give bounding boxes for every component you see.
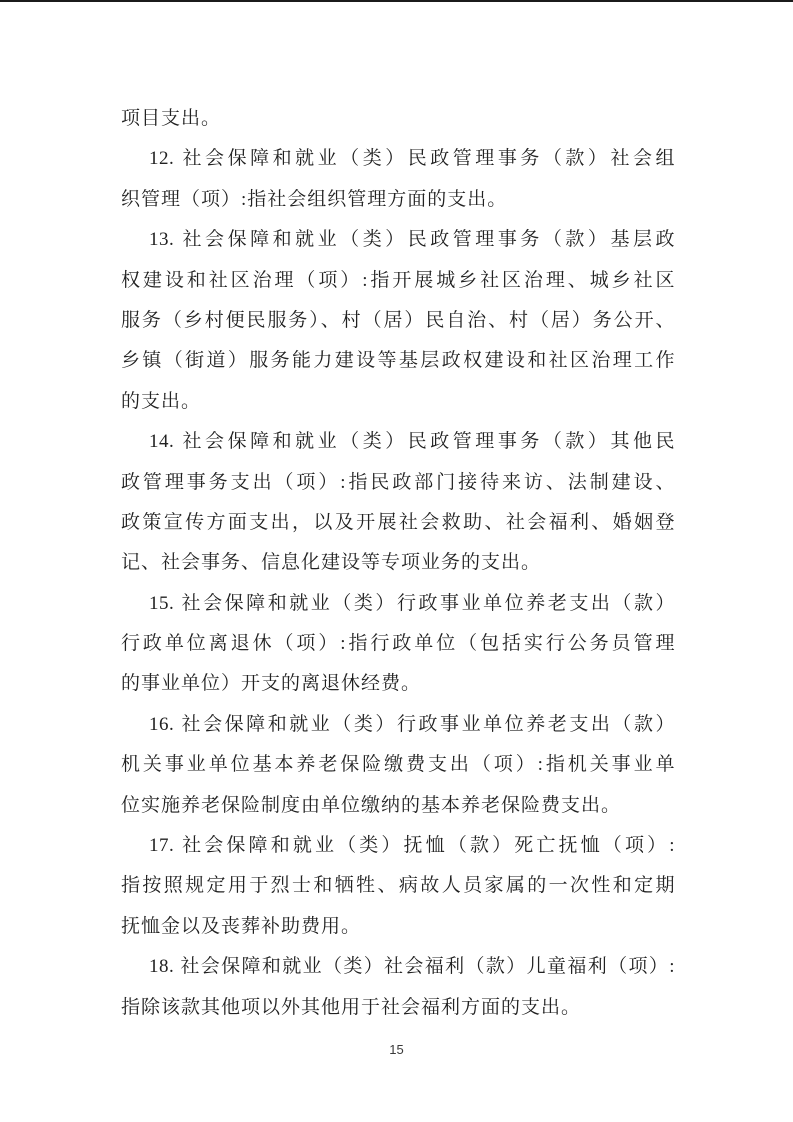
text-line: 的支出。 xyxy=(121,382,675,422)
text-line: 织管理（项）:指社会组织管理方面的支出。 xyxy=(121,180,675,220)
document-page: 项目支出。12. 社会保障和就业（类）民政管理事务（款）社会组织管理（项）:指社… xyxy=(0,0,793,1122)
text-line: 17. 社会保障和就业（类）抚恤（款）死亡抚恤（项）: xyxy=(121,826,675,866)
text-line: 机关事业单位基本养老保险缴费支出（项）:指机关事业单 xyxy=(121,745,675,785)
text-line: 指除该款其他项以外其他用于社会福利方面的支出。 xyxy=(121,988,675,1028)
text-line: 位实施养老保险制度由单位缴纳的基本养老保险费支出。 xyxy=(121,786,675,826)
text-line: 15. 社会保障和就业（类）行政事业单位养老支出（款） xyxy=(121,584,675,624)
text-line: 权建设和社区治理（项）:指开展城乡社区治理、城乡社区 xyxy=(121,261,675,301)
text-line: 项目支出。 xyxy=(121,99,675,139)
text-line: 12. 社会保障和就业（类）民政管理事务（款）社会组 xyxy=(121,139,675,179)
text-line: 记、社会事务、信息化建设等专项业务的支出。 xyxy=(121,543,675,583)
text-line: 指按照规定用于烈士和牺牲、病故人员家属的一次性和定期 xyxy=(121,866,675,906)
text-line: 抚恤金以及丧葬补助费用。 xyxy=(121,907,675,947)
text-line: 乡镇（街道）服务能力建设等基层政权建设和社区治理工作 xyxy=(121,341,675,381)
text-line: 政管理事务支出（项）:指民政部门接待来访、法制建设、 xyxy=(121,463,675,503)
text-line: 18. 社会保障和就业（类）社会福利（款）儿童福利（项）: xyxy=(121,947,675,987)
body-text: 项目支出。12. 社会保障和就业（类）民政管理事务（款）社会组织管理（项）:指社… xyxy=(121,99,675,1028)
page-top-edge-line xyxy=(0,0,793,2)
text-line: 的事业单位）开支的离退休经费。 xyxy=(121,664,675,704)
page-number: 15 xyxy=(0,1042,793,1057)
text-line: 服务（乡村便民服务）、村（居）民自治、村（居）务公开、 xyxy=(121,301,675,341)
text-line: 16. 社会保障和就业（类）行政事业单位养老支出（款） xyxy=(121,705,675,745)
text-line: 14. 社会保障和就业（类）民政管理事务（款）其他民 xyxy=(121,422,675,462)
text-line: 行政单位离退休（项）:指行政单位（包括实行公务员管理 xyxy=(121,624,675,664)
text-line: 政策宣传方面支出，以及开展社会救助、社会福利、婚姻登 xyxy=(121,503,675,543)
text-line: 13. 社会保障和就业（类）民政管理事务（款）基层政 xyxy=(121,220,675,260)
